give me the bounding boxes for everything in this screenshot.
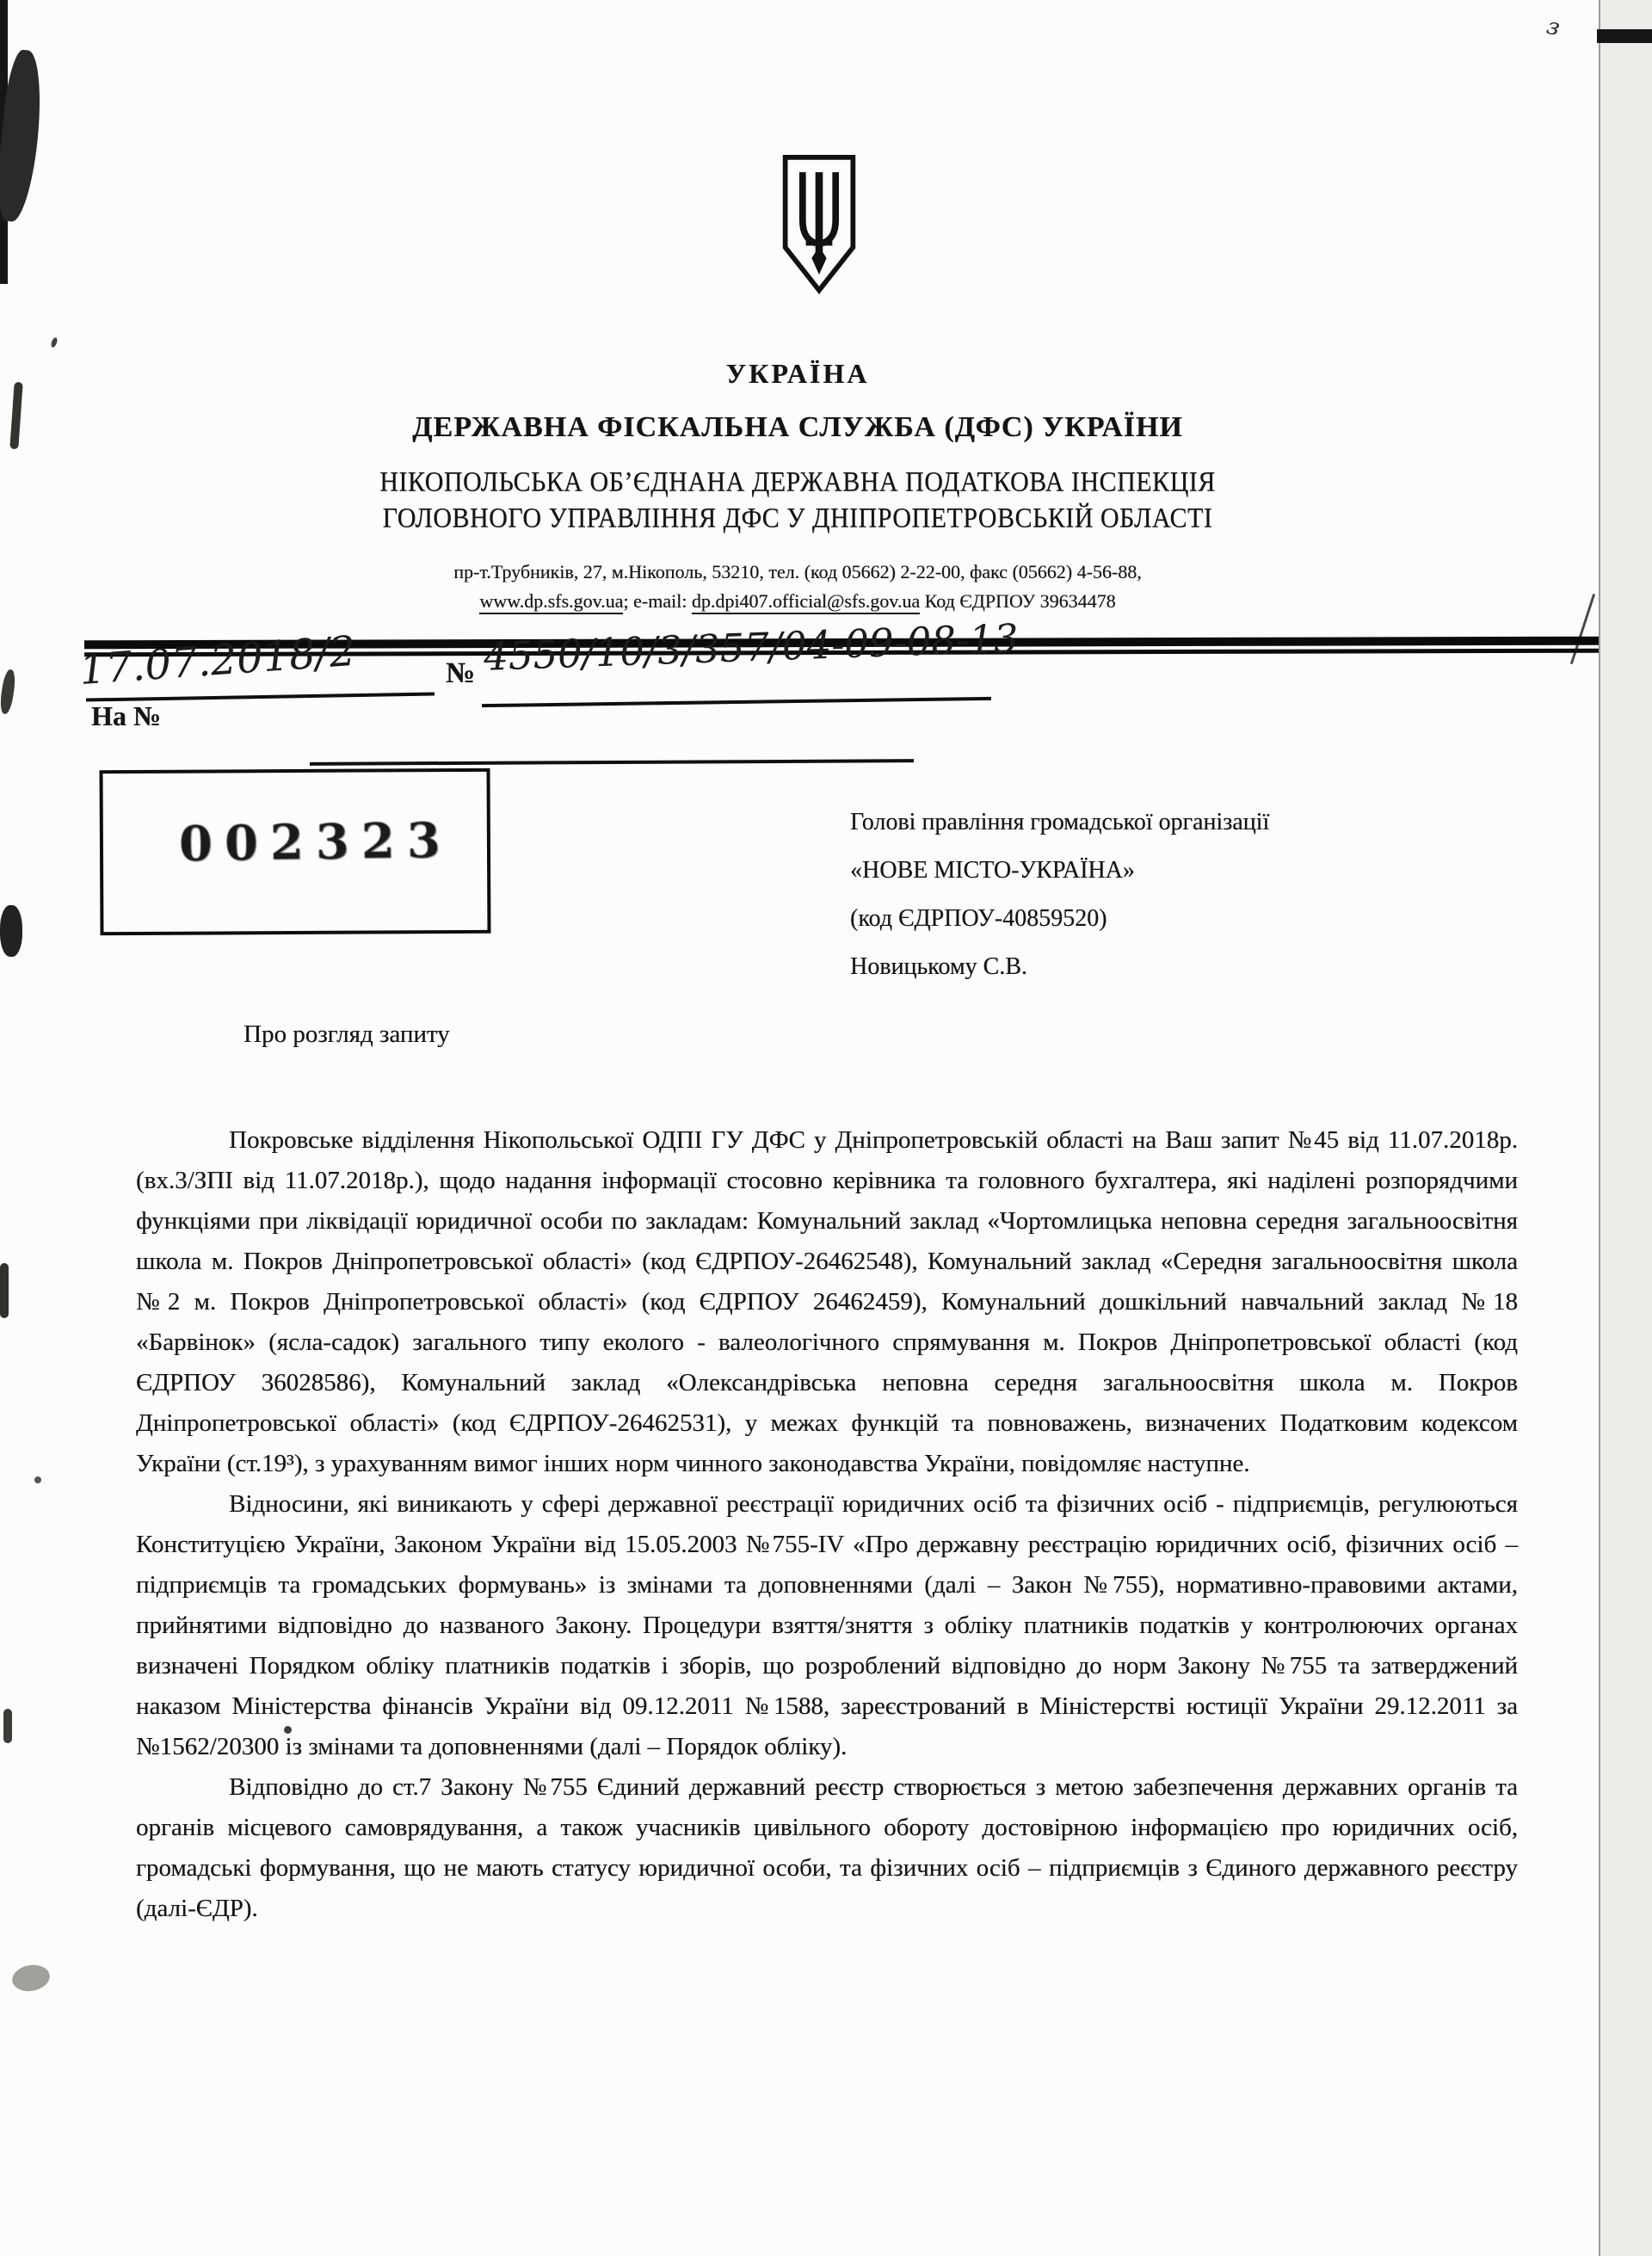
letter-body: Покровське відділення Нікопольської ОДПІ… [136,1120,1518,1929]
edrpou-text: Код ЄДРПОУ 39634478 [920,590,1116,612]
scanned-letter-page: з УКРАЇНА ДЕРЖАВНА ФІСКАЛЬНА СЛУЖБА (ДФС… [0,0,1652,2256]
corner-pen-mark: з [1544,13,1563,42]
scan-edge-band [1599,0,1652,2256]
scan-artifact [10,1962,52,1994]
country-title: УКРАЇНА [0,358,1595,390]
scan-artifact [3,1709,12,1743]
scan-artifact [0,905,22,957]
recipient-line-code: (код ЄДРПОУ-40859520) [850,895,1504,943]
registration-stamp-box: 002323 [100,768,491,935]
handwritten-number: 4550/10/3/357/04-09-08-13 [483,615,1019,680]
scan-artifact [34,1476,41,1483]
scan-artifact [1597,29,1652,43]
body-paragraph: Відносини, які виникають у сфері державн… [136,1484,1518,1767]
scan-artifact [0,1263,9,1318]
website-text: www.dp.sfs.gov.ua [479,590,623,614]
scan-artifact [0,669,17,714]
division-name-line2: ГОЛОВНОГО УПРАВЛІННЯ ДФС У ДНІПРОПЕТРОВС… [0,503,1595,535]
reply-number-label: На № [91,700,161,732]
contacts-separator: ; e-mail: [623,590,691,612]
scan-artifact [50,336,59,348]
address-line: пр-т.Трубників, 27, м.Нікополь, 53210, т… [0,561,1595,583]
subject-line: Про розгляд запиту [243,1020,450,1049]
recipient-line-title: Голові правління громадської організації [850,798,1504,847]
recipient-line-org: «НОВЕ МІСТО-УКРАЇНА» [850,847,1504,895]
recipient-block: Голові правління громадської організації… [850,798,1504,991]
ukraine-trident-emblem-icon [778,153,860,299]
handwritten-date: 17.07.2018/2 [77,627,357,694]
body-paragraph: Покровське відділення Нікопольської ОДПІ… [136,1120,1518,1484]
recipient-line-person: Новицькому С.В. [850,943,1504,991]
stamp-number: 002323 [178,812,453,872]
number-label: № [446,657,475,690]
email-text: dp.dpi407.official@sfs.gov.ua [692,590,920,614]
division-name-line1: НІКОПОЛЬСЬКА ОБ’ЄДНАНА ДЕРЖАВНА ПОДАТКОВ… [0,467,1595,499]
number-underline [482,697,991,707]
org-name: ДЕРЖАВНА ФІСКАЛЬНА СЛУЖБА (ДФС) УКРАЇНИ [0,411,1595,444]
contacts-line: www.dp.sfs.gov.ua; e-mail: dp.dpi407.off… [0,590,1595,613]
body-paragraph: Відповідно до ст.7 Закону №755 Єдиний де… [136,1767,1518,1929]
reply-number-underline [310,759,914,766]
